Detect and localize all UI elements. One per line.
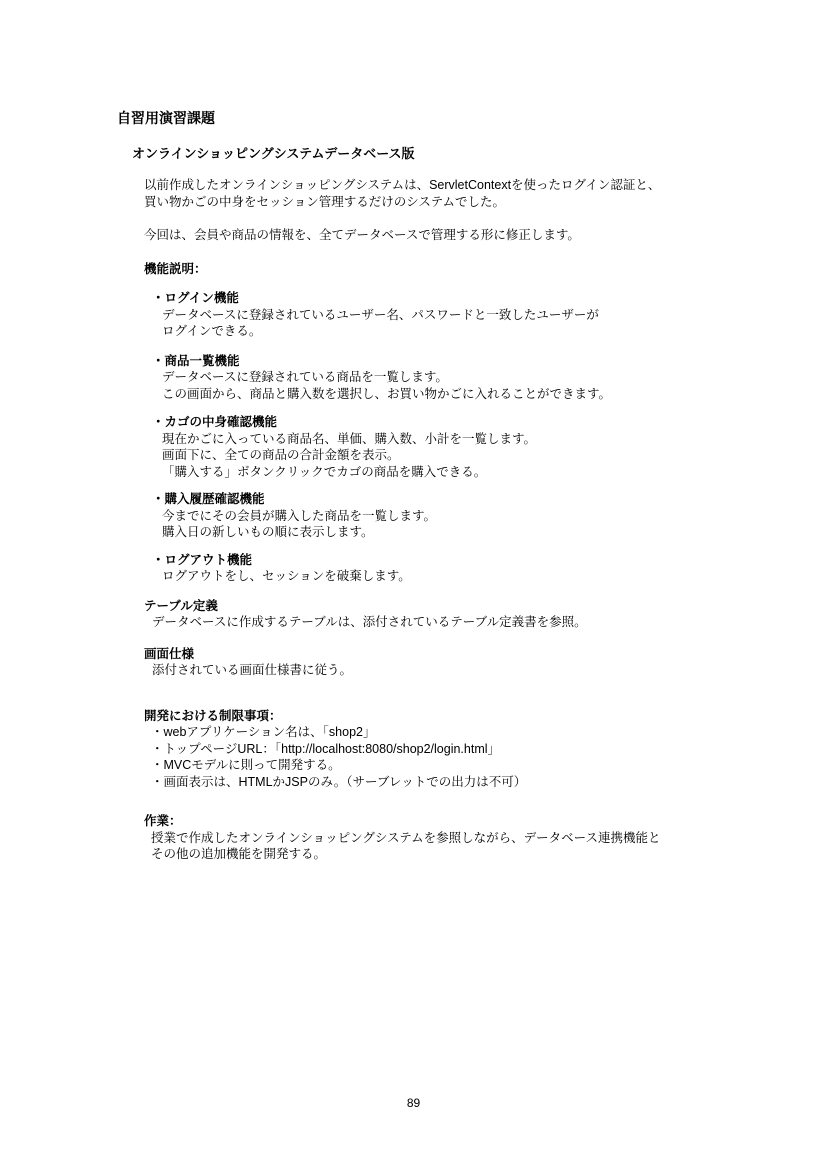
feature-purchase-history: ・購入履歴確認機能 今までにその会員が購入した商品を一覧します。 購入日の新しい… — [152, 491, 767, 541]
feature-title-login: ・ログイン機能 — [152, 290, 767, 307]
page-number: 89 — [0, 1096, 827, 1111]
feature-title-logout: ・ログアウト機能 — [152, 552, 767, 569]
page-title: 自習用演習課題 — [117, 110, 767, 127]
feature-body-product-list: データベースに登録されている商品を一覧します。 この画面から、商品と購入数を選択… — [152, 369, 767, 402]
feature-body-login: データベースに登録されているユーザー名、パスワードと一致したユーザーが ログイン… — [152, 307, 767, 340]
restrictions-section: 開発における制限事項： ・webアプリケーション名は、「shop2」 ・トップペ… — [144, 708, 767, 791]
feature-body-logout: ログアウトをし、セッションを破棄します。 — [152, 568, 767, 585]
feature-title-purchase-history: ・購入履歴確認機能 — [152, 491, 767, 508]
features-heading: 機能説明： — [144, 261, 767, 278]
restriction-item-app-name: ・webアプリケーション名は、「shop2」 — [144, 724, 767, 741]
document-subtitle: オンラインショッピングシステムデータベース版 — [132, 146, 767, 162]
work-body: 授業で作成したオンラインショッピングシステムを参照しながら、データベース連携機能… — [144, 830, 767, 863]
feature-body-purchase-history: 今までにその会員が購入した商品を一覧します。 購入日の新しいもの順に表示します。 — [152, 508, 767, 541]
intro-paragraph-2: 今回は、会員や商品の情報を、全てデータベースで管理する形に修正します。 — [144, 227, 767, 244]
restriction-item-mvc-model: ・MVCモデルに則って開発する。 — [144, 757, 767, 774]
restriction-item-top-page-url: ・トップページURL：「http://localhost:8080/shop2/… — [144, 741, 767, 758]
feature-login: ・ログイン機能 データベースに登録されているユーザー名、パスワードと一致したユー… — [152, 290, 767, 340]
feature-title-cart-check: ・カゴの中身確認機能 — [152, 414, 767, 431]
feature-product-list: ・商品一覧機能 データベースに登録されている商品を一覧します。 この画面から、商… — [152, 353, 767, 403]
screen-spec-body: 添付されている画面仕様書に従う。 — [144, 662, 767, 679]
table-definition-section: テーブル定義 データベースに作成するテーブルは、添付されているテーブル定義書を参… — [144, 598, 767, 631]
restrictions-heading: 開発における制限事項： — [144, 708, 767, 725]
table-definition-body: データベースに作成するテーブルは、添付されているテーブル定義書を参照。 — [144, 614, 767, 631]
screen-spec-heading: 画面仕様 — [144, 646, 767, 663]
intro-paragraph-1: 以前作成したオンラインショッピングシステムは、ServletContextを使っ… — [144, 177, 767, 210]
screen-spec-section: 画面仕様 添付されている画面仕様書に従う。 — [144, 646, 767, 679]
restriction-item-display-format: ・画面表示は、HTMLかJSPのみ。（サーブレットでの出力は不可） — [144, 774, 767, 791]
feature-cart-check: ・カゴの中身確認機能 現在かごに入っている商品名、単価、購入数、小計を一覧します… — [152, 414, 767, 480]
work-heading: 作業： — [144, 813, 767, 830]
feature-logout: ・ログアウト機能 ログアウトをし、セッションを破棄します。 — [152, 552, 767, 585]
feature-body-cart-check: 現在かごに入っている商品名、単価、購入数、小計を一覧します。 画面下に、全ての商… — [152, 431, 767, 481]
feature-title-product-list: ・商品一覧機能 — [152, 353, 767, 370]
document-page: 自習用演習課題 オンラインショッピングシステムデータベース版 以前作成したオンラ… — [0, 0, 827, 1169]
work-section: 作業： 授業で作成したオンラインショッピングシステムを参照しながら、データベース… — [144, 813, 767, 863]
table-definition-heading: テーブル定義 — [144, 598, 767, 615]
